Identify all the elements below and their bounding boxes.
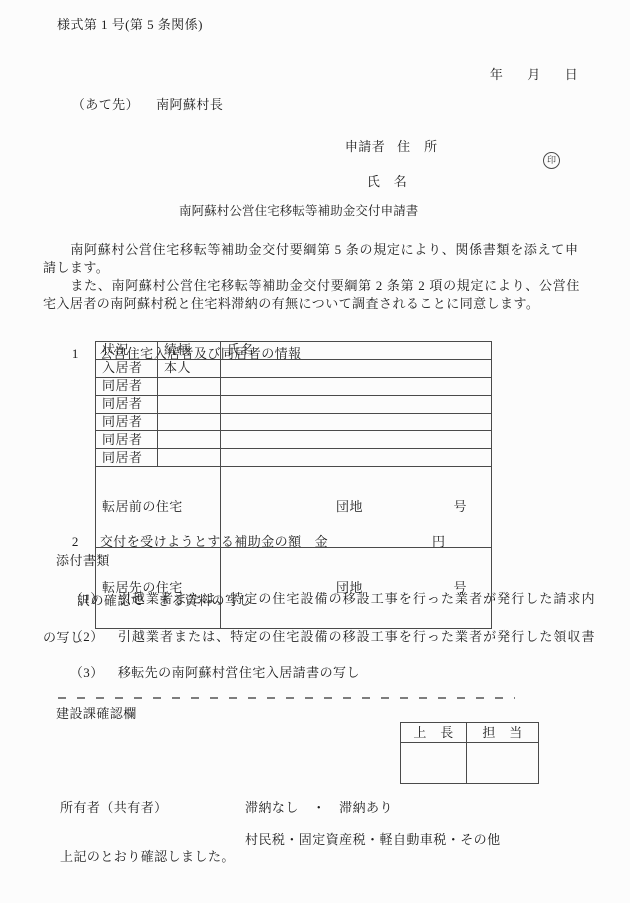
relation-cell (158, 395, 221, 413)
approval-col-supervisor: 上 長 (401, 723, 467, 743)
section2-title: 交付を受けようとする補助金の額 (100, 534, 302, 549)
approval-stamp-row (401, 743, 539, 784)
document-title: 南阿蘇村公営住宅移転等補助金交付申請書 (179, 203, 418, 220)
tax-list: 村民税・固定資産税・軽自動車税・その他 (245, 831, 501, 848)
arrears-options: 滞納なし ・ 滞納あり (245, 799, 393, 816)
name-cell (221, 449, 492, 467)
seal-character: 印 (547, 155, 556, 165)
office-section-label: 建設課確認欄 (56, 705, 137, 722)
amount-prefix: 金 (315, 534, 328, 549)
confirm-note: 上記のとおり確認しました。 (60, 848, 235, 865)
name-cell (221, 431, 492, 449)
date-day-label: 日 (565, 67, 578, 82)
staff-stamp-cell (467, 743, 539, 784)
table-row: 入居者 本人 (96, 359, 492, 377)
section2-heading: 2交付を受けようとする補助金の額金円 (57, 516, 445, 567)
amount-suffix: 円 (432, 534, 445, 549)
applicant-name-line: 氏 名 (352, 156, 407, 207)
table-row: 同居者 (96, 377, 492, 395)
col-header-relation: 続柄 (158, 342, 221, 360)
name-cell (221, 395, 492, 413)
addressee-line: （あて先）南阿蘇村長 (57, 79, 223, 130)
relation-cell (158, 413, 221, 431)
status-cell: 入居者 (96, 359, 158, 377)
status-cell: 同居者 (96, 377, 158, 395)
section2-number: 2 (72, 533, 100, 550)
supervisor-stamp-cell (401, 743, 467, 784)
danchi-label: 団地 (336, 499, 363, 515)
table-row: 同居者 (96, 413, 492, 431)
seal-mark-icon: 印 (543, 152, 560, 169)
status-cell: 同居者 (96, 395, 158, 413)
body-paragraph-line: 南阿蘇村公営住宅移転等補助金交付要綱第 5 条の規定により、関係書類を添えて申 (43, 241, 579, 258)
applicant-name-label: 氏 名 (367, 174, 407, 189)
residents-header-row: 状況 続柄 氏名 (96, 342, 492, 360)
approval-table: 上 長 担 当 (400, 722, 539, 784)
unit-number-label: 号 (454, 499, 467, 515)
addressee-label: （あて先） (72, 97, 139, 112)
name-cell (221, 413, 492, 431)
date-month-label: 月 (527, 67, 540, 82)
addressee-name: 南阿蘇村長 (156, 97, 223, 112)
attachment-3-text: 移転先の南阿蘇村営住宅入居請書の写し (118, 665, 360, 680)
relation-cell (158, 377, 221, 395)
status-cell: 同居者 (96, 413, 158, 431)
application-form-page: 様式第 1 号(第 5 条関係) 年月日 （あて先）南阿蘇村長 申請者住 所 氏… (0, 0, 630, 903)
col-header-name: 氏名 (221, 342, 492, 360)
name-cell (221, 377, 492, 395)
body-paragraph-line: 宅入居者の南阿蘇村税と住宅料滞納の有無について調査されることに同意します。 (43, 295, 539, 312)
approval-header-row: 上 長 担 当 (401, 723, 539, 743)
relation-cell: 本人 (158, 359, 221, 377)
dashed-separator (58, 697, 515, 699)
body-paragraph-line: 請します。 (43, 259, 109, 276)
body-paragraph-line: また、南阿蘇村公営住宅移転等補助金交付要綱第 2 条第 2 項の規定により、公営… (43, 277, 580, 294)
date-line: 年月日 (475, 49, 578, 100)
col-header-status: 状況 (96, 342, 158, 360)
date-year-label: 年 (490, 67, 503, 82)
attachment-item-3: （3）移転先の南阿蘇村営住宅入居請書の写し (55, 647, 360, 698)
attachment-3-number: （3） (70, 664, 104, 681)
attachment-2-text: 引越業者または、特定の住宅設備の移設工事を行った業者が発行した領収書 (118, 629, 596, 644)
table-row: 同居者 (96, 431, 492, 449)
form-number: 様式第 1 号(第 5 条関係) (57, 16, 203, 33)
approval-col-staff: 担 当 (467, 723, 539, 743)
attachments-heading: 添付書類 (56, 552, 110, 569)
table-row: 同居者 (96, 449, 492, 467)
relation-cell (158, 431, 221, 449)
status-cell: 同居者 (96, 449, 158, 467)
status-cell: 同居者 (96, 431, 158, 449)
table-row: 同居者 (96, 395, 492, 413)
relation-cell (158, 449, 221, 467)
applicant-address-label: 住 所 (397, 139, 437, 154)
attachment-item-1-continuation: 訳の確認で きる資料の写し (77, 592, 252, 609)
attachment-item-2-continuation: の写し (43, 629, 83, 646)
owner-label: 所有者（共有者） (60, 799, 168, 816)
applicant-label: 申請者 (345, 139, 385, 154)
name-cell (221, 359, 492, 377)
